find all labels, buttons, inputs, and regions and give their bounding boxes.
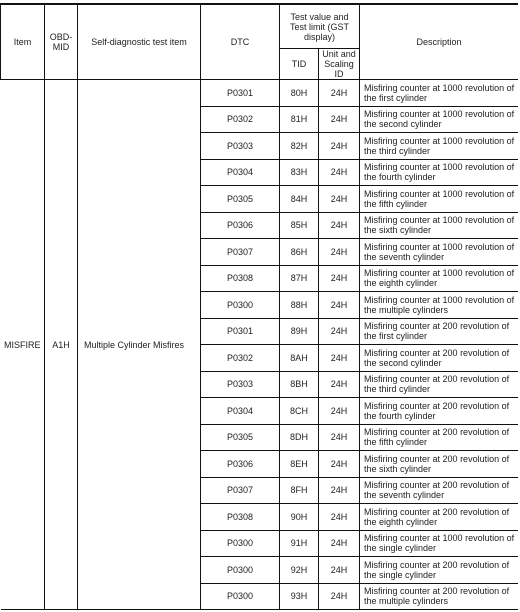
tid-cell: 86H [280, 239, 319, 266]
tid-cell: 8AH [280, 345, 319, 372]
dtc-cell: P0300 [201, 292, 280, 319]
description-cell: Misfiring counter at 200 revolution of t… [360, 345, 518, 372]
unit-scaling-cell: 24H [319, 504, 360, 531]
tid-cell: 90H [280, 504, 319, 531]
tid-cell: 85H [280, 212, 319, 239]
tid-cell: 81H [280, 106, 319, 133]
unit-scaling-cell: 24H [319, 265, 360, 292]
dtc-cell: P0307 [201, 239, 280, 266]
tid-cell: 88H [280, 292, 319, 319]
dtc-cell: P0306 [201, 451, 280, 478]
obd-mid-cell: A1H [45, 80, 78, 610]
dtc-cell: P0303 [201, 371, 280, 398]
header-item: Item [1, 4, 45, 80]
dtc-cell: P0305 [201, 424, 280, 451]
table-row: MISFIREA1HMultiple Cylinder MisfiresP030… [1, 80, 519, 107]
dtc-cell: P0300 [201, 557, 280, 584]
dtc-cell: P0301 [201, 318, 280, 345]
unit-scaling-cell: 24H [319, 318, 360, 345]
description-cell: Misfiring counter at 1000 revolution of … [360, 106, 518, 133]
table-body: MISFIREA1HMultiple Cylinder MisfiresP030… [1, 80, 519, 610]
description-cell: Misfiring counter at 200 revolution of t… [360, 451, 518, 478]
dtc-cell: P0300 [201, 530, 280, 557]
dtc-cell: P0308 [201, 265, 280, 292]
unit-scaling-cell: 24H [319, 477, 360, 504]
header-test-value: Test value and Test limit (GST display) [280, 4, 360, 49]
unit-scaling-cell: 24H [319, 451, 360, 478]
tid-cell: 91H [280, 530, 319, 557]
description-cell: Misfiring counter at 200 revolution of t… [360, 371, 518, 398]
description-cell: Misfiring counter at 200 revolution of t… [360, 424, 518, 451]
description-cell: Misfiring counter at 1000 revolution of … [360, 159, 518, 186]
description-cell: Misfiring counter at 200 revolution of t… [360, 504, 518, 531]
tid-cell: 8EH [280, 451, 319, 478]
unit-scaling-cell: 24H [319, 212, 360, 239]
description-cell: Misfiring counter at 1000 revolution of … [360, 133, 518, 160]
dtc-cell: P0302 [201, 106, 280, 133]
tid-cell: 8BH [280, 371, 319, 398]
tid-cell: 84H [280, 186, 319, 213]
tid-cell: 8CH [280, 398, 319, 425]
tid-cell: 83H [280, 159, 319, 186]
dtc-cell: P0304 [201, 159, 280, 186]
description-cell: Misfiring counter at 1000 revolution of … [360, 186, 518, 213]
dtc-cell: P0304 [201, 398, 280, 425]
unit-scaling-cell: 24H [319, 80, 360, 107]
description-cell: Misfiring counter at 1000 revolution of … [360, 80, 518, 107]
unit-scaling-cell: 24H [319, 345, 360, 372]
tid-cell: 93H [280, 583, 319, 610]
description-cell: Misfiring counter at 200 revolution of t… [360, 318, 518, 345]
unit-scaling-cell: 24H [319, 159, 360, 186]
tid-cell: 89H [280, 318, 319, 345]
header-obd-mid: OBD-MID [45, 4, 78, 80]
description-cell: Misfiring counter at 1000 revolution of … [360, 239, 518, 266]
tid-cell: 92H [280, 557, 319, 584]
dtc-cell: P0303 [201, 133, 280, 160]
item-cell: MISFIRE [1, 80, 45, 610]
unit-scaling-cell: 24H [319, 106, 360, 133]
description-cell: Misfiring counter at 1000 revolution of … [360, 292, 518, 319]
dtc-cell: P0308 [201, 504, 280, 531]
unit-scaling-cell: 24H [319, 239, 360, 266]
description-cell: Misfiring counter at 200 revolution of t… [360, 398, 518, 425]
self-diag-cell: Multiple Cylinder Misfires [78, 80, 201, 610]
header-description: Description [360, 4, 518, 80]
dtc-cell: P0306 [201, 212, 280, 239]
header-dtc: DTC [201, 4, 280, 80]
header-self-diag: Self-diagnostic test item [78, 4, 201, 80]
description-cell: Misfiring counter at 200 revolution of t… [360, 583, 518, 610]
header-tid: TID [280, 49, 319, 80]
tid-cell: 87H [280, 265, 319, 292]
unit-scaling-cell: 24H [319, 424, 360, 451]
dtc-cell: P0300 [201, 583, 280, 610]
tid-cell: 8DH [280, 424, 319, 451]
unit-scaling-cell: 24H [319, 398, 360, 425]
unit-scaling-cell: 24H [319, 186, 360, 213]
description-cell: Misfiring counter at 1000 revolution of … [360, 212, 518, 239]
dtc-table: Item OBD-MID Self-diagnostic test item D… [0, 3, 518, 610]
tid-cell: 8FH [280, 477, 319, 504]
unit-scaling-cell: 24H [319, 371, 360, 398]
unit-scaling-cell: 24H [319, 133, 360, 160]
dtc-cell: P0307 [201, 477, 280, 504]
unit-scaling-cell: 24H [319, 557, 360, 584]
unit-scaling-cell: 24H [319, 583, 360, 610]
dtc-cell: P0301 [201, 80, 280, 107]
tid-cell: 82H [280, 133, 319, 160]
dtc-cell: P0302 [201, 345, 280, 372]
description-cell: Misfiring counter at 200 revolution of t… [360, 557, 518, 584]
unit-scaling-cell: 24H [319, 530, 360, 557]
description-cell: Misfiring counter at 200 revolution of t… [360, 477, 518, 504]
dtc-cell: P0305 [201, 186, 280, 213]
description-cell: Misfiring counter at 1000 revolution of … [360, 265, 518, 292]
tid-cell: 80H [280, 80, 319, 107]
unit-scaling-cell: 24H [319, 292, 360, 319]
header-unit-scaling: Unit and Scaling ID [319, 49, 360, 80]
description-cell: Misfiring counter at 1000 revolution of … [360, 530, 518, 557]
